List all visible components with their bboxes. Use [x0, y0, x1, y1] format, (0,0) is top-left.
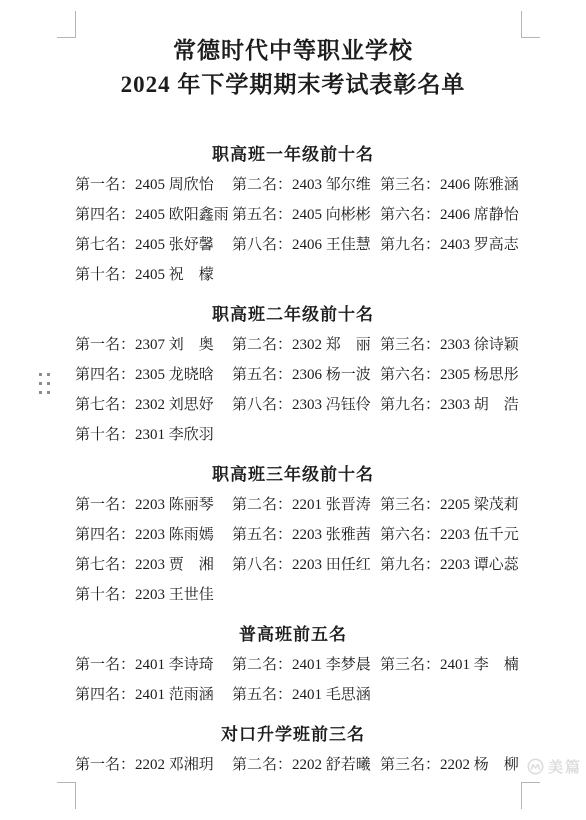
ranking-row: 第四名：2401 范雨涵第五名：2401 毛思涵: [75, 680, 586, 710]
ranking-entry: 第六名：2203 伍千元: [380, 520, 519, 550]
ranking-row: 第四名：2305 龙晓晗第五名：2306 杨一波第六名：2305 杨思彤: [75, 360, 586, 390]
document-page: 常德时代中等职业学校 2024 年下学期期末考试表彰名单 职高班一年级前十名第一…: [0, 0, 586, 820]
ranking-row: 第一名：2405 周欣怡第二名：2403 邹尔维第三名：2406 陈雅涵: [75, 170, 586, 200]
ranking-entry: 第三名：2202 杨 柳: [380, 750, 519, 780]
ranking-entry: 第一名：2401 李诗琦: [75, 650, 232, 680]
ranking-entry: 第四名：2401 范雨涵: [75, 680, 232, 710]
award-section: 职高班一年级前十名第一名：2405 周欣怡第二名：2403 邹尔维第三名：240…: [0, 140, 586, 290]
ranking-entry: 第一名：2202 邓湘玥: [75, 750, 232, 780]
ranking-entry: 第九名：2403 罗高志: [380, 230, 519, 260]
ranking-entry: 第八名：2303 冯钰伶: [232, 390, 380, 420]
ranking-entry: 第二名：2401 李梦晨: [232, 650, 380, 680]
ranking-entry: 第二名：2202 舒若曦: [232, 750, 380, 780]
sections: 职高班一年级前十名第一名：2405 周欣怡第二名：2403 邹尔维第三名：240…: [0, 140, 586, 780]
meipian-logo-icon: [527, 758, 544, 775]
ranking-row: 第四名：2405 欧阳鑫雨第五名：2405 向彬彬第六名：2406 席静怡: [75, 200, 586, 230]
ranking-row: 第十名：2405 祝 檬: [75, 260, 586, 290]
ranking-entry: 第三名：2205 梁茂莉: [380, 490, 519, 520]
ranking-entry: 第三名：2401 李 楠: [380, 650, 519, 680]
ranking-entry: 第二名：2201 张晋涛: [232, 490, 380, 520]
meipian-watermark: 美篇: [527, 756, 582, 777]
ranking-entry: 第六名：2305 杨思彤: [380, 360, 519, 390]
ranking-entry: 第六名：2406 席静怡: [380, 200, 519, 230]
ranking-row: 第十名：2301 李欣羽: [75, 420, 586, 450]
section-heading: 对口升学班前三名: [0, 720, 586, 750]
ranking-entry: 第七名：2302 刘思妤: [75, 390, 232, 420]
ranking-entry: 第五名：2401 毛思涵: [232, 680, 380, 710]
section-heading: 职高班三年级前十名: [0, 460, 586, 490]
document-title-line2: 2024 年下学期期末考试表彰名单: [0, 68, 586, 102]
document-body: 常德时代中等职业学校 2024 年下学期期末考试表彰名单 职高班一年级前十名第一…: [0, 0, 586, 780]
ranking-row: 第十名：2203 王世佳: [75, 580, 586, 610]
ranking-entry: 第九名：2303 胡 浩: [380, 390, 519, 420]
ranking-row: 第一名：2401 李诗琦第二名：2401 李梦晨第三名：2401 李 楠: [75, 650, 586, 680]
ranking-entry: 第十名：2203 王世佳: [75, 580, 232, 610]
ranking-entry: 第一名：2405 周欣怡: [75, 170, 232, 200]
award-section: 对口升学班前三名第一名：2202 邓湘玥第二名：2202 舒若曦第三名：2202…: [0, 720, 586, 780]
award-section: 普高班前五名第一名：2401 李诗琦第二名：2401 李梦晨第三名：2401 李…: [0, 620, 586, 710]
ranking-entry: 第三名：2406 陈雅涵: [380, 170, 519, 200]
ranking-entry: 第五名：2203 张雅茜: [232, 520, 380, 550]
award-section: 职高班二年级前十名第一名：2307 刘 奥第二名：2302 郑 丽第三名：230…: [0, 300, 586, 450]
ranking-entry: 第八名：2203 田任红: [232, 550, 380, 580]
ranking-row: 第一名：2202 邓湘玥第二名：2202 舒若曦第三名：2202 杨 柳: [75, 750, 586, 780]
ranking-entry: 第二名：2403 邹尔维: [232, 170, 380, 200]
section-heading: 普高班前五名: [0, 620, 586, 650]
ranking-entry: 第四名：2405 欧阳鑫雨: [75, 200, 232, 230]
ranking-row: 第一名：2203 陈丽琴第二名：2201 张晋涛第三名：2205 梁茂莉: [75, 490, 586, 520]
document-title-line1: 常德时代中等职业学校: [0, 34, 586, 68]
ranking-entry: 第一名：2307 刘 奥: [75, 330, 232, 360]
ranking-row: 第七名：2302 刘思妤第八名：2303 冯钰伶第九名：2303 胡 浩: [75, 390, 586, 420]
ranking-entry: 第十名：2301 李欣羽: [75, 420, 232, 450]
text-boundary-mark-bottom-left: [57, 782, 76, 809]
ranking-entry: 第四名：2203 陈雨嫣: [75, 520, 232, 550]
award-section: 职高班三年级前十名第一名：2203 陈丽琴第二名：2201 张晋涛第三名：220…: [0, 460, 586, 610]
ranking-entry: 第十名：2405 祝 檬: [75, 260, 232, 290]
ranking-entry: 第九名：2203 谭心蕊: [380, 550, 519, 580]
text-boundary-mark-bottom-right: [521, 782, 540, 809]
ranking-row: 第七名：2405 张妤馨第八名：2406 王佳慧第九名：2403 罗高志: [75, 230, 586, 260]
meipian-watermark-text: 美篇: [548, 756, 582, 777]
ranking-row: 第四名：2203 陈雨嫣第五名：2203 张雅茜第六名：2203 伍千元: [75, 520, 586, 550]
ranking-entry: 第七名：2405 张妤馨: [75, 230, 232, 260]
ranking-entry: 第三名：2303 徐诗颖: [380, 330, 519, 360]
ranking-entry: 第五名：2306 杨一波: [232, 360, 380, 390]
ranking-entry: 第七名：2203 贾 湘: [75, 550, 232, 580]
ranking-entry: 第一名：2203 陈丽琴: [75, 490, 232, 520]
ranking-entry: 第八名：2406 王佳慧: [232, 230, 380, 260]
section-heading: 职高班二年级前十名: [0, 300, 586, 330]
ranking-entry: 第二名：2302 郑 丽: [232, 330, 380, 360]
ranking-row: 第七名：2203 贾 湘第八名：2203 田任红第九名：2203 谭心蕊: [75, 550, 586, 580]
section-heading: 职高班一年级前十名: [0, 140, 586, 170]
ranking-row: 第一名：2307 刘 奥第二名：2302 郑 丽第三名：2303 徐诗颖: [75, 330, 586, 360]
ranking-entry: 第四名：2305 龙晓晗: [75, 360, 232, 390]
ranking-entry: 第五名：2405 向彬彬: [232, 200, 380, 230]
